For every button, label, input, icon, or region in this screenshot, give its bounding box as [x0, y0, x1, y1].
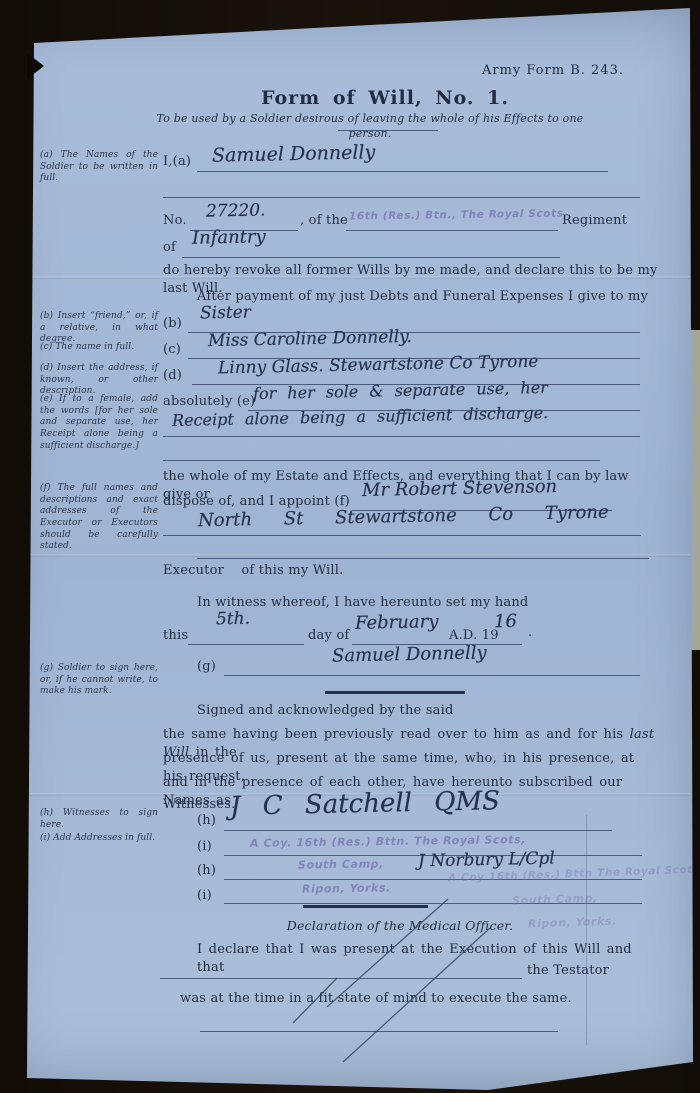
branch-line	[182, 256, 560, 258]
witnesses-label: Witnesses.	[163, 796, 235, 814]
form-title: Form of Will, No. 1.	[260, 86, 510, 112]
section-divider	[325, 691, 465, 694]
date-period: .	[528, 624, 532, 642]
of-the-label: , of the	[300, 212, 348, 230]
margin-note-e: (e) If to a female, add the words [for h…	[40, 394, 158, 452]
blank-line	[197, 557, 649, 559]
margin-note-h: (h) Witnesses to sign here.	[40, 808, 158, 831]
testator-signature-line	[224, 674, 640, 676]
declaration-line-2: was at the time in a fit state of mind t…	[180, 990, 600, 1008]
this-label: this	[163, 627, 188, 645]
blank-line	[163, 196, 640, 198]
e-line-2	[163, 435, 640, 437]
regiment-line	[346, 229, 558, 231]
form-subtitle: To be used by a Soldier desirous of leav…	[150, 112, 590, 142]
will-form-paper: Army Form B. 243. Form of Will, No. 1. T…	[0, 0, 700, 1093]
witness1-line	[224, 829, 612, 831]
e-value-handwriting-1: for her sole & separate use, her	[253, 378, 548, 403]
absolutely-label: absolutely (e)	[163, 393, 255, 411]
regiment-stamp: 16th (Res.) Btn., The Royal Scots,	[349, 207, 568, 222]
no-label: No.	[163, 212, 187, 230]
testator-signature-handwriting: Samuel Donnelly	[332, 642, 487, 666]
of-label: of	[163, 239, 176, 257]
form-number: Army Form B. 243.	[482, 62, 624, 80]
margin-note-b: (b) Insert “friend,” or, if a relative, …	[40, 311, 158, 346]
i-label: I,(a)	[163, 153, 191, 171]
blank-line	[163, 459, 600, 461]
day-of-label: day of	[308, 627, 349, 645]
fold-crease	[586, 815, 587, 1045]
h1-label: (h)	[197, 812, 216, 830]
name-line	[197, 170, 608, 172]
witness2-signature-handwriting: J Norbury L/Cpl	[418, 849, 555, 872]
d-value-handwriting: Linny Glass. Stewartstone Co Tyrone	[218, 352, 539, 379]
i2-label: (i)	[197, 887, 212, 905]
after-payment-line: After payment of my just Debts and Funer…	[197, 288, 657, 306]
h2-label: (h)	[197, 862, 216, 880]
declaration-heading: Declaration of the Medical Officer.	[240, 918, 560, 935]
service-number-handwriting: 27220.	[206, 200, 266, 221]
day-handwriting: 5th.	[216, 609, 250, 630]
soldier-name-handwriting: Samuel Donnelly	[212, 141, 376, 166]
b-label: (b)	[163, 315, 182, 333]
section-divider	[303, 905, 428, 908]
regiment-label: Regiment	[562, 212, 627, 230]
signed-ack-line: Signed and acknowledged by the said	[197, 702, 617, 720]
executor-will-line: Executor of this my Will.	[163, 562, 343, 580]
margin-note-a: (a) The Names of the Soldier to be writt…	[40, 150, 158, 185]
month-handwriting: February	[355, 611, 439, 634]
d-label: (d)	[163, 367, 182, 385]
unit-stamp-line-1: A Coy. 16th (Res.) Bttn. The Royal Scots…	[250, 833, 526, 850]
c-value-handwriting: Miss Caroline Donnelly.	[208, 327, 412, 351]
subtitle-rule	[338, 129, 438, 131]
c-label: (c)	[163, 341, 181, 359]
witness-whereof-line: In witness whereof, I have hereunto set …	[197, 594, 617, 612]
b-value-handwriting: Sister	[200, 302, 251, 323]
scanned-document: Army Form B. 243. Form of Will, No. 1. T…	[0, 0, 700, 1093]
margin-note-d: (d) Insert the address, if known, or oth…	[40, 363, 158, 398]
executor-name-handwriting: Mr Robert Stevenson	[362, 476, 558, 501]
i1-label: (i)	[197, 838, 212, 856]
witness1-signature-handwriting: J C Satchell QMS	[230, 786, 501, 822]
g-label: (g)	[197, 658, 216, 676]
attestation-1-pre: the same having been previously read ove…	[163, 727, 630, 742]
medical-officer-blank-line	[160, 977, 522, 979]
margin-note-i: (i) Add Addresses in full.	[40, 833, 158, 845]
executor-address-line	[163, 534, 641, 536]
margin-note-g: (g) Soldier to sign here, or, if he cann…	[40, 663, 158, 698]
year-handwriting: 16	[494, 611, 517, 632]
branch-handwriting: Infantry	[192, 226, 266, 249]
margin-note-f: (f) The full names and descriptions and …	[40, 483, 158, 553]
day-line	[188, 643, 304, 645]
margin-note-c: (c) The name in full.	[40, 342, 158, 354]
testator-label: the Testator	[527, 962, 609, 980]
unit-stamp-line-3: Ripon, Yorks.	[302, 881, 391, 895]
unit-stamp-line-2: South Camp,	[298, 857, 384, 871]
bottom-blank-line	[200, 1030, 558, 1032]
